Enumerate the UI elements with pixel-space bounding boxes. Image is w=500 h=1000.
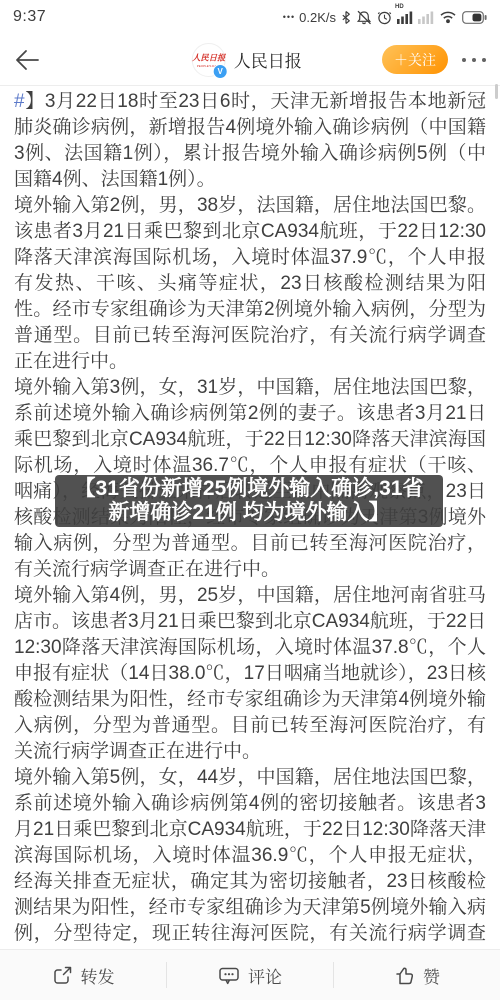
comment-icon — [218, 965, 240, 986]
more-menu-icon[interactable] — [462, 54, 486, 66]
paragraph-summary-text: 】3月22日18时至23日6时，天津无新增报告本地新冠肺炎确诊病例，新增报告4例… — [14, 91, 486, 190]
comment-button[interactable]: 评论 — [167, 950, 333, 1000]
paragraph-summary: #】3月22日18时至23日6时，天津无新增报告本地新冠肺炎确诊病例，新增报告4… — [14, 89, 486, 193]
paragraph-case4: 境外输入第4例，男，25岁，中国籍，居住地河南省驻马店市。该患者3月21日乘巴黎… — [14, 583, 486, 765]
status-bar: 9:37 ••• 0.2K/s HD — [0, 0, 500, 34]
like-label: 赞 — [423, 963, 440, 988]
net-activity-dots: ••• — [283, 12, 295, 22]
alarm-icon — [377, 10, 392, 25]
share-icon — [52, 965, 73, 986]
follow-button[interactable]: ＋关注 — [382, 45, 448, 74]
peoples-daily-logo: 人民日报 — [192, 52, 225, 64]
paragraph-case5: 境外输入第5例，女，44岁，中国籍，居住地法国巴黎，系前述境外输入确诊病例第4例… — [14, 765, 486, 950]
net-speed-label: 0.2K/s — [299, 10, 336, 25]
toast-line2: 新增确诊21例 均为境外输入】 — [59, 501, 439, 525]
verified-badge-icon: V — [213, 64, 228, 79]
hashtag-link[interactable]: # — [14, 91, 25, 112]
paragraph-case2: 境外输入第2例，男，38岁，法国籍，居住地法国巴黎。该患者3月21日乘巴黎到北京… — [14, 193, 486, 375]
share-button[interactable]: 转发 — [0, 950, 166, 1000]
signal2-icon — [418, 10, 434, 24]
back-button[interactable] — [14, 45, 46, 75]
news-toast-overlay: 【31省份新增25例境外输入确诊,31省 新增确诊21例 均为境外输入】 — [55, 475, 443, 527]
scrollbar-thumb[interactable] — [495, 84, 498, 99]
publisher-info: 人民日报 PEOPLE'S DAILY V 人民日报 — [192, 43, 302, 77]
wifi-icon — [439, 10, 457, 24]
publisher-name: 人民日报 — [234, 47, 302, 72]
article-header: 人民日报 PEOPLE'S DAILY V 人民日报 ＋关注 — [0, 34, 500, 86]
status-icons: ••• 0.2K/s HD — [283, 10, 487, 25]
like-icon — [394, 965, 415, 986]
mute-bell-icon — [356, 10, 372, 25]
news-article-screen: { "status_bar": { "time": "9:37", "net_i… — [0, 0, 500, 1000]
signal-hd-icon: HD — [397, 10, 413, 24]
clock-time: 9:37 — [13, 8, 46, 26]
publisher-avatar[interactable]: 人民日报 PEOPLE'S DAILY V — [192, 43, 226, 77]
battery-icon — [462, 11, 487, 24]
comment-label: 评论 — [248, 963, 282, 988]
share-label: 转发 — [81, 963, 115, 988]
toast-line1: 【31省份新增25例境外输入确诊,31省 — [59, 477, 439, 501]
like-button[interactable]: 赞 — [334, 950, 500, 1000]
bottom-toolbar: 转发 评论 赞 — [0, 949, 500, 1000]
hd-label: HD — [395, 4, 404, 10]
bluetooth-icon — [341, 10, 351, 25]
